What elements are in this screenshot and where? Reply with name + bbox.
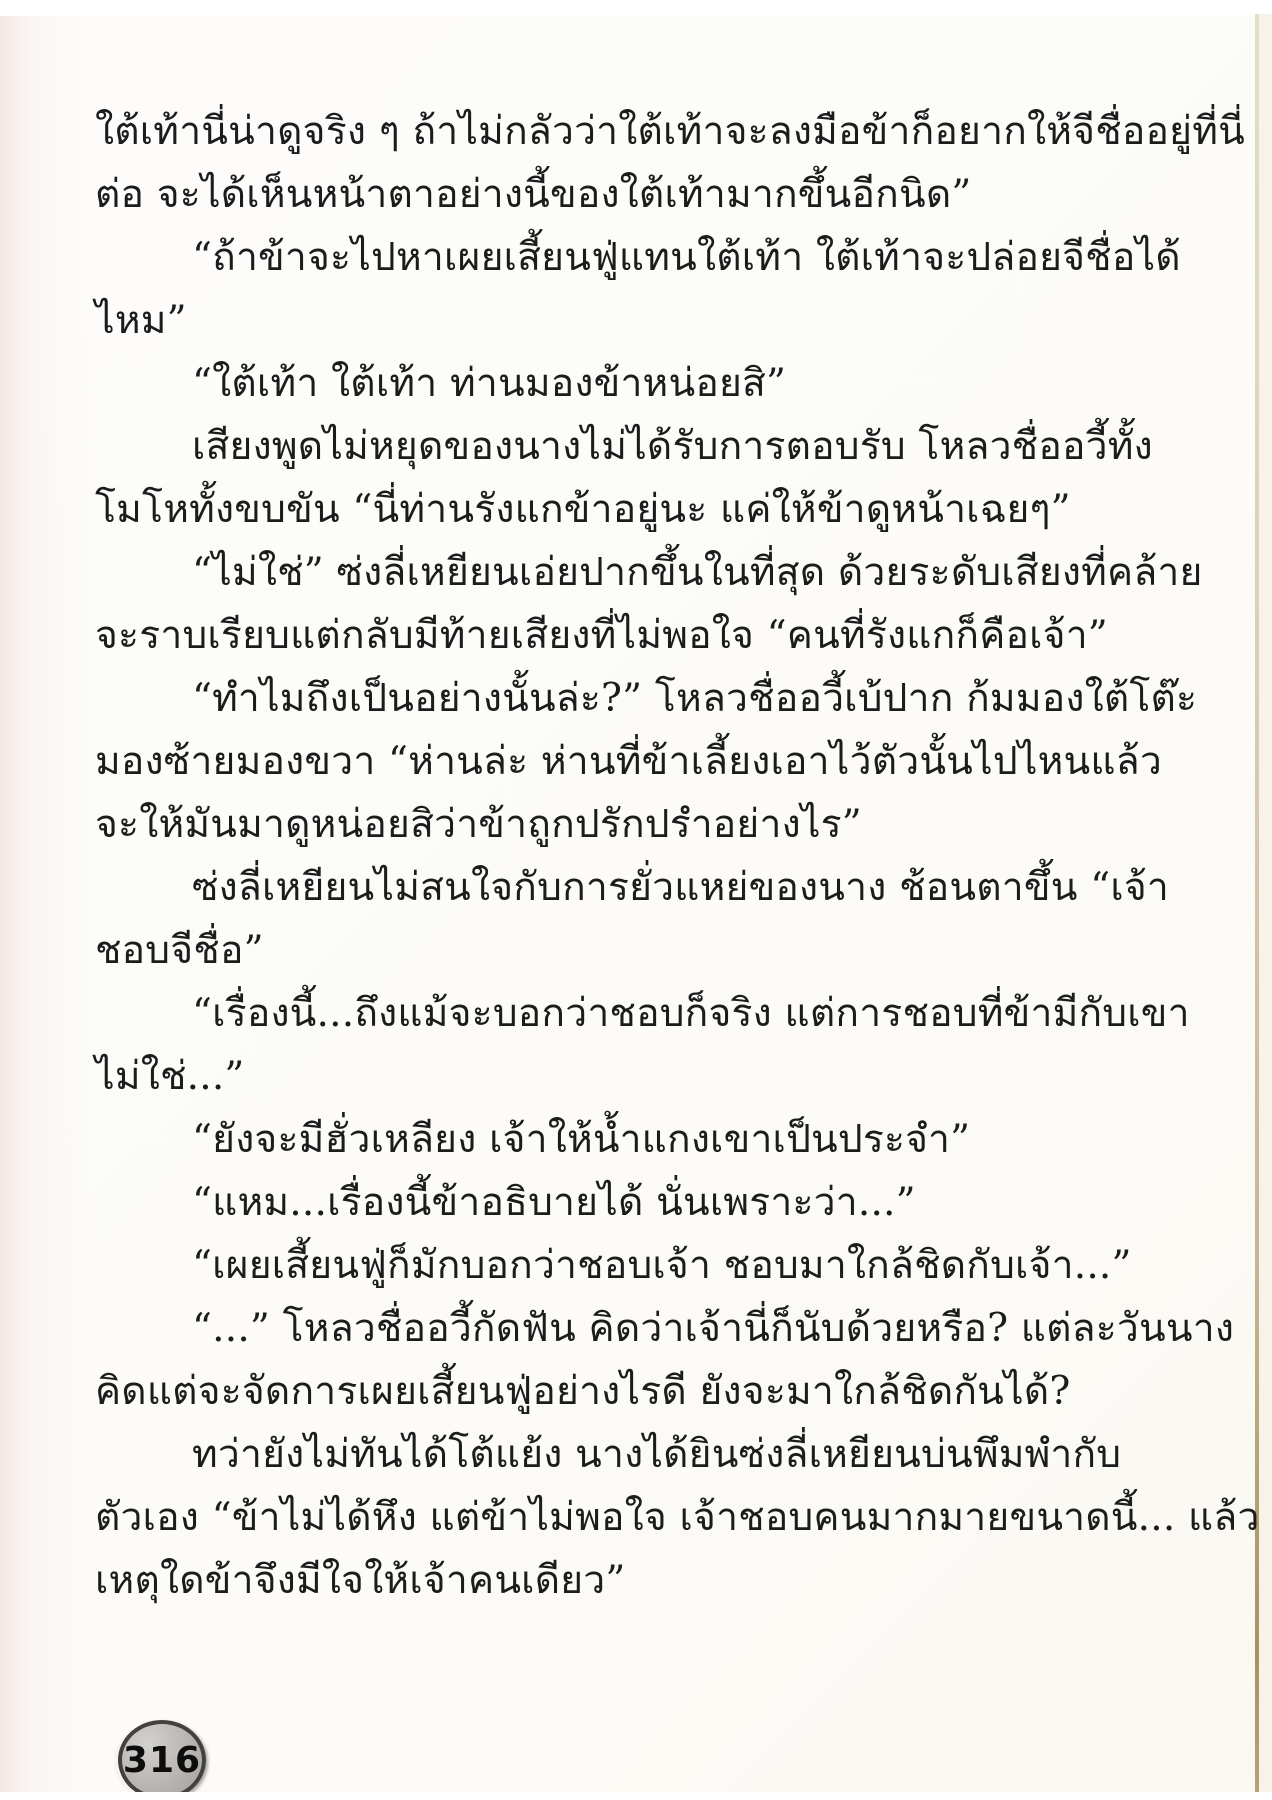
page-number: 316 (123, 1740, 201, 1781)
text-line: “ไม่ใช่” ซ่งลี่เหยียนเอ่ยปากขึ้นในที่สุด… (95, 541, 1143, 604)
book-page: ใต้เท้านี่น่าดูจริง ๆ ถ้าไม่กลัวว่าใต้เท… (0, 0, 1272, 1800)
text-line: เหตุใดข้าจึงมีใจให้เจ้าคนเดียว” (95, 1549, 1143, 1612)
page-number-badge: 316 (118, 1720, 206, 1800)
text-line: “...” โหลวชื่ออวี้กัดฟัน คิดว่าเจ้านี่ก็… (95, 1297, 1143, 1360)
text-line: ชอบจีชื่อ” (95, 919, 1143, 982)
text-line: “ถ้าข้าจะไปหาเผยเสี้ยนฟู่แทนใต้เท้า ใต้เ… (95, 226, 1143, 289)
text-line: “แหม...เรื่องนี้ข้าอธิบายได้ นั่นเพราะว่… (95, 1171, 1143, 1234)
text-line: โมโหทั้งขบขัน “นี่ท่านรังแกข้าอยู่นะ แค่… (95, 478, 1143, 541)
text-line: ตัวเอง “ข้าไม่ได้หึง แต่ข้าไม่พอใจ เจ้าช… (95, 1486, 1143, 1549)
text-block: ใต้เท้านี่น่าดูจริง ๆ ถ้าไม่กลัวว่าใต้เท… (95, 100, 1143, 1612)
text-line: เสียงพูดไม่หยุดของนางไม่ได้รับการตอบรับ … (95, 415, 1143, 478)
text-line: ใต้เท้านี่น่าดูจริง ๆ ถ้าไม่กลัวว่าใต้เท… (95, 100, 1143, 163)
text-line: คิดแต่จะจัดการเผยเสี้ยนฟู่อย่างไรดี ยังจ… (95, 1360, 1143, 1423)
text-line: จะให้มันมาดูหน่อยสิว่าข้าถูกปรักปรำอย่าง… (95, 793, 1143, 856)
text-line: “ยังจะมีฮั่วเหลียง เจ้าให้น้ำแกงเขาเป็นป… (95, 1108, 1143, 1171)
text-line: มองซ้ายมองขวา “ห่านล่ะ ห่านที่ข้าเลี้ยงเ… (95, 730, 1143, 793)
text-line: ทว่ายังไม่ทันได้โต้แย้ง นางได้ยินซ่งลี่เ… (95, 1423, 1143, 1486)
text-line: จะราบเรียบแต่กลับมีท้ายเสียงที่ไม่พอใจ “… (95, 604, 1143, 667)
text-line: “ใต้เท้า ใต้เท้า ท่านมองข้าหน่อยสิ” (95, 352, 1143, 415)
text-line: ต่อ จะได้เห็นหน้าตาอย่างนี้ของใต้เท้ามาก… (95, 163, 1143, 226)
scan-top-margin (0, 0, 1272, 16)
text-line: “เรื่องนี้...ถึงแม้จะบอกว่าชอบก็จริง แต่… (95, 982, 1143, 1045)
scan-bottom-margin (0, 1792, 1272, 1800)
text-line: “ทำไมถึงเป็นอย่างนั้นล่ะ?” โหลวชื่ออวี้เ… (95, 667, 1143, 730)
text-line: ไม่ใช่...” (95, 1045, 1143, 1108)
text-line: ไหม” (95, 289, 1143, 352)
text-line: ซ่งลี่เหยียนไม่สนใจกับการยั่วแหย่ของนาง … (95, 856, 1143, 919)
text-line: “เผยเสี้ยนฟู่ก็มักบอกว่าชอบเจ้า ชอบมาใกล… (95, 1234, 1143, 1297)
